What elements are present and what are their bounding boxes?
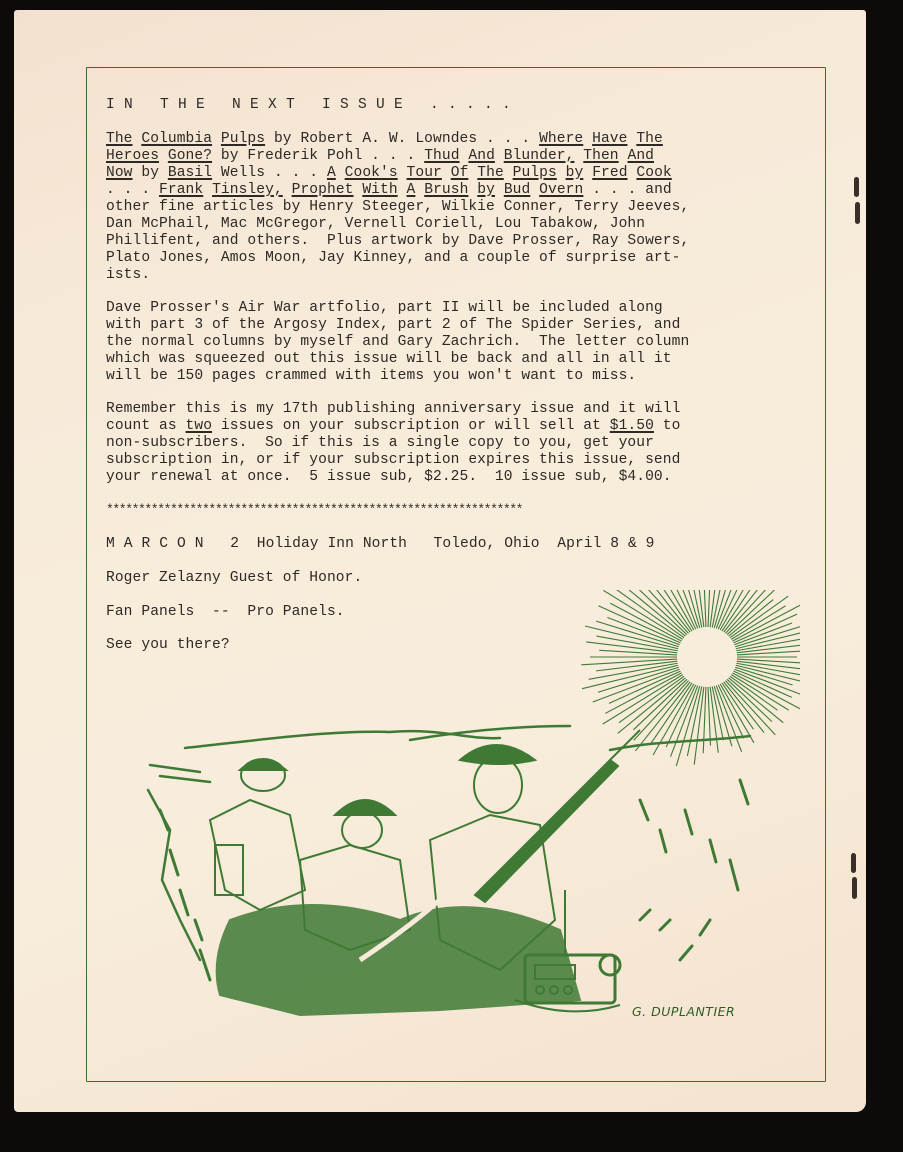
underlined-title: by (477, 182, 495, 198)
staple-top (854, 177, 859, 197)
text-run: by Robert A. W. Lowndes . . . (265, 131, 539, 147)
underlined-title: Heroes (106, 148, 159, 164)
underlined-title: Have (592, 131, 627, 147)
text-run (495, 148, 504, 164)
staple-bottom-lower (852, 877, 857, 899)
underlined-title: Basil (168, 165, 212, 181)
underlined-title: Bud (504, 182, 531, 198)
artist-signature: G. DUPLANTIER (632, 1004, 735, 1019)
text-run (336, 165, 345, 181)
underlined-title: Pulps (513, 165, 557, 181)
section-heading: IN THE NEXT ISSUE ..... (106, 97, 520, 114)
underlined-title: $1.50 (610, 418, 654, 434)
underlined-title: A (327, 165, 336, 181)
text-run (203, 182, 212, 198)
text-run (574, 148, 583, 164)
text-run (619, 148, 628, 164)
text-run (530, 182, 539, 198)
underlined-title: by (566, 165, 584, 181)
underlined-title: Tinsley, (212, 182, 283, 198)
underlined-title: two (186, 418, 213, 434)
underlined-title: Cook's (345, 165, 398, 181)
underlined-title: And (468, 148, 495, 164)
underlined-title: Tour (407, 165, 442, 181)
underlined-title: Of (451, 165, 469, 181)
underlined-title: The (477, 165, 504, 181)
underlined-title: Prophet (292, 182, 354, 198)
convention-line: MARCON 2 Holiday Inn North Toledo, Ohio … (106, 536, 655, 553)
underlined-title: Now (106, 165, 133, 181)
next-issue-paragraph: The Columbia Pulps by Robert A. W. Lownd… (106, 131, 689, 284)
text-run: other fine articles by Henry Steeger, Wi… (106, 199, 689, 283)
text-run (442, 165, 451, 181)
text-run: . . . and (583, 182, 671, 198)
asterisk-separator: ****************************************… (106, 501, 522, 518)
underlined-title: Fred (592, 165, 627, 181)
text-run (468, 165, 477, 181)
guest-of-honor: Roger Zelazny Guest of Honor. (106, 570, 362, 587)
text-run (159, 148, 168, 164)
text-run (495, 182, 504, 198)
underlined-title: Cook (636, 165, 671, 181)
text-run: . . . (106, 182, 159, 198)
staple-top-lower (855, 202, 860, 224)
underlined-title: Brush (424, 182, 468, 198)
underlined-title: Pulps (221, 131, 265, 147)
convention-name: MARCON (106, 536, 213, 552)
soldier-group (210, 730, 640, 1015)
text-run: by Frederik Pohl . . . (212, 148, 424, 164)
text-run (212, 131, 221, 147)
text-run: Wells . . . (212, 165, 327, 181)
text-run (557, 165, 566, 181)
text-run (504, 165, 513, 181)
text-run (398, 165, 407, 181)
text-run: by (133, 165, 168, 181)
text-run (283, 182, 292, 198)
anniversary-paragraph: Remember this is my 17th publishing anni… (106, 401, 680, 486)
text-run (583, 165, 592, 181)
text-run (468, 182, 477, 198)
convention-city: Toledo, Ohio (434, 536, 540, 552)
underlined-title: Blunder, (504, 148, 575, 164)
text-run: issues on your subscription or will sell… (212, 418, 610, 434)
text-run (583, 131, 592, 147)
convention-venue: Holiday Inn North (257, 536, 407, 552)
underlined-title: Then (583, 148, 618, 164)
underlined-title: The (106, 131, 133, 147)
underlined-title: Where (539, 131, 583, 147)
text-run (398, 182, 407, 198)
underlined-title: And (628, 148, 655, 164)
underlined-title: Overn (539, 182, 583, 198)
staple-bottom (851, 853, 856, 873)
text-run (627, 131, 636, 147)
underlined-title: The (636, 131, 663, 147)
underlined-title: Columbia (141, 131, 212, 147)
artfolio-paragraph: Dave Prosser's Air War artfolio, part II… (106, 300, 689, 385)
underlined-title: Thud (424, 148, 459, 164)
underlined-title: With (362, 182, 397, 198)
convention-number: 2 (230, 536, 239, 552)
convention-dates: April 8 & 9 (557, 536, 654, 552)
underlined-title: Frank (159, 182, 203, 198)
underlined-title: Gone? (168, 148, 212, 164)
text-run (415, 182, 424, 198)
soldiers-illustration (140, 590, 800, 1030)
